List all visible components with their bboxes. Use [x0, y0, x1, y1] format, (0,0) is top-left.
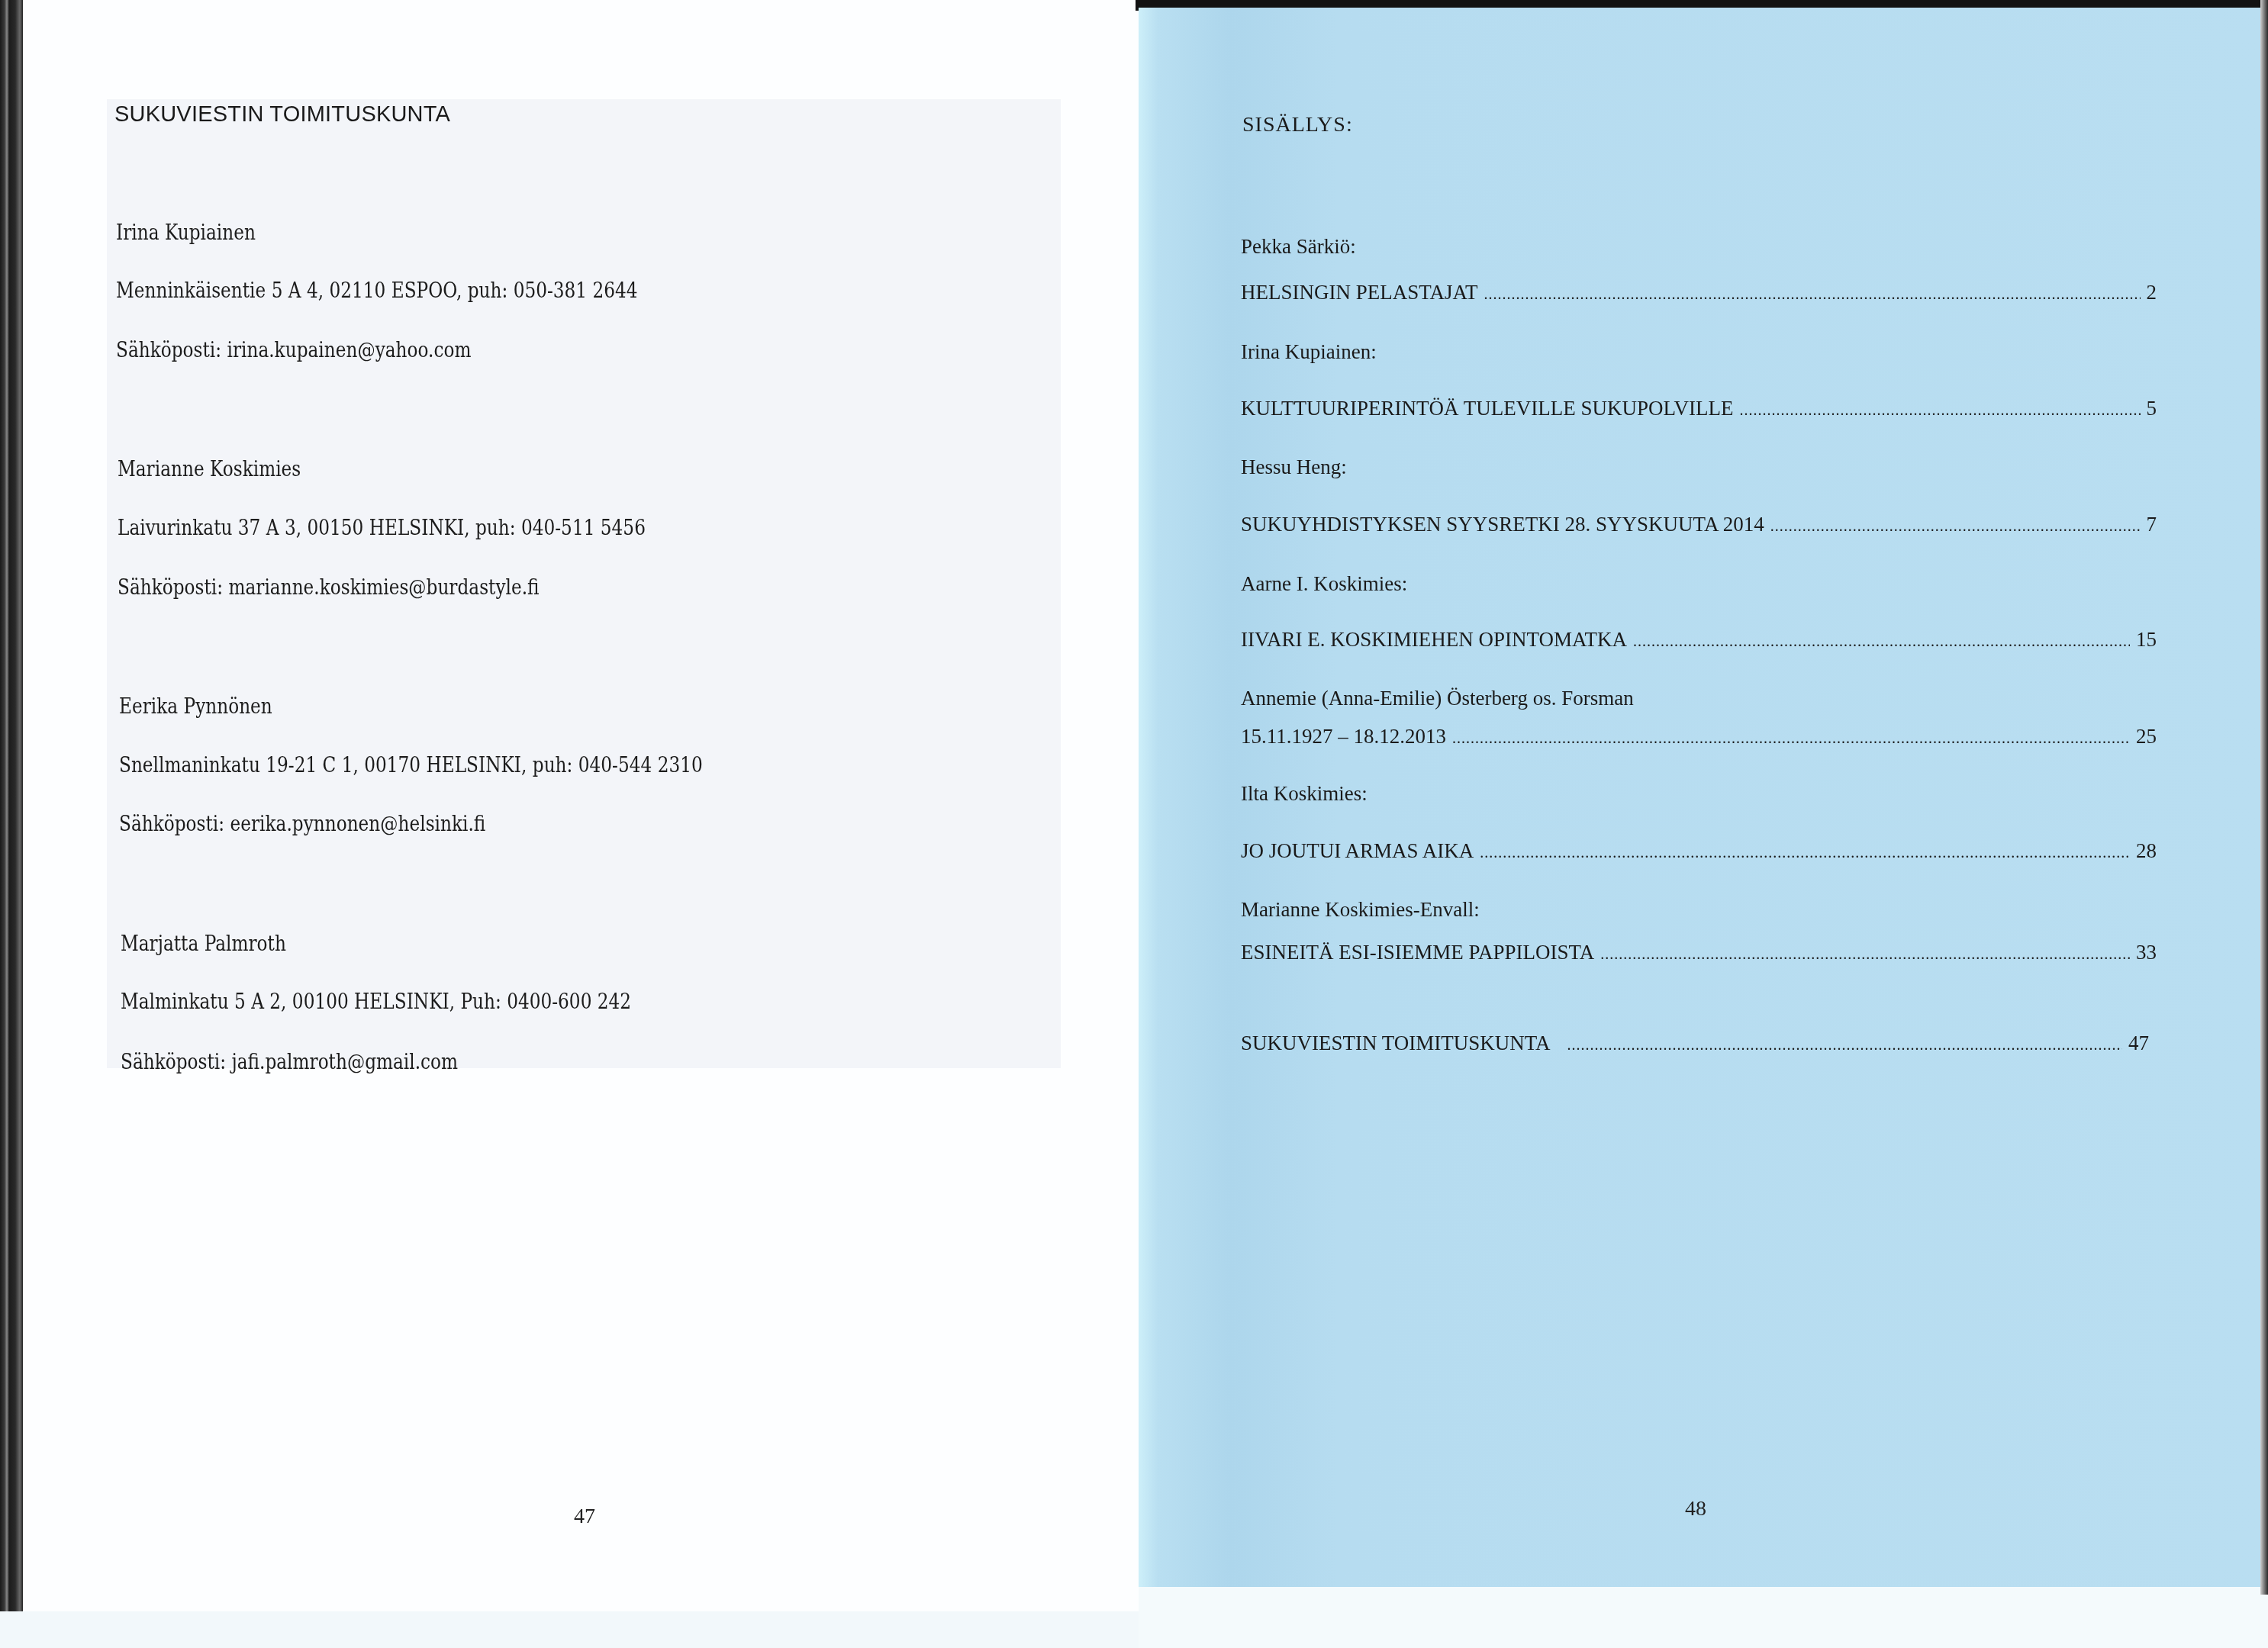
toc-author: Pekka Särkiö: — [1241, 235, 1356, 259]
toc-entry[interactable]: SUKUYHDISTYKSEN SYYSRETKI 28. SYYSKUUTA … — [1241, 513, 2157, 536]
toc-author: Irina Kupiainen: — [1241, 340, 1377, 364]
contact-email: Sähköposti: irina.kupainen@yahoo.com — [116, 339, 471, 362]
editorial-board-title: SUKUVIESTIN TOIMITUSKUNTA — [114, 102, 450, 127]
right-page-edge — [2260, 0, 2268, 1595]
toc-leader-dots — [1452, 730, 2130, 748]
toc-author: Aarne I. Koskimies: — [1241, 572, 1407, 596]
toc-author: Hessu Heng: — [1241, 455, 1347, 479]
toc-title: JO JOUTUI ARMAS AIKA — [1241, 839, 1474, 863]
toc-page-number: 28 — [2136, 839, 2157, 863]
toc-leader-dots — [1770, 518, 2141, 536]
contact-address: Malminkatu 5 A 2, 00100 HELSINKI, Puh: 0… — [121, 990, 631, 1014]
toc-leader-dots — [1633, 633, 2130, 651]
toc-leader-dots — [1484, 286, 2141, 304]
toc-leader-dots — [1480, 845, 2130, 862]
toc-page-number: 25 — [2136, 725, 2157, 748]
contact-name: Marianne Koskimies — [118, 458, 301, 481]
toc-leader-dots — [1567, 1037, 2122, 1054]
toc-title: SUKUYHDISTYKSEN SYYSRETKI 28. SYYSKUUTA … — [1241, 513, 1764, 536]
toc-page-number: 33 — [2136, 941, 2157, 964]
contents-heading: SISÄLLYS: — [1242, 113, 1353, 137]
contact-address: Snellmaninkatu 19-21 C 1, 00170 HELSINKI… — [119, 754, 703, 777]
toc-title: KULTTUURIPERINTÖÄ TULEVILLE SUKUPOLVILLE — [1241, 397, 1733, 420]
toc-leader-dots — [1600, 946, 2130, 964]
toc-entry[interactable]: HELSINGIN PELASTAJAT 2 — [1241, 281, 2157, 304]
toc-page-number: 47 — [2128, 1032, 2149, 1055]
contact-email: Sähköposti: jafi.palmroth@gmail.com — [121, 1051, 458, 1074]
toc-page-number: 5 — [2147, 397, 2157, 420]
contact-name: Marjatta Palmroth — [121, 932, 286, 956]
toc-page-number: 2 — [2147, 281, 2157, 304]
toc-author: Annemie (Anna-Emilie) Österberg os. Fors… — [1241, 687, 1634, 710]
toc-entry[interactable]: JO JOUTUI ARMAS AIKA 28 — [1241, 839, 2157, 863]
toc-entry[interactable]: SUKUVIESTIN TOIMITUSKUNTA 47 — [1241, 1032, 2149, 1055]
toc-entry[interactable]: KULTTUURIPERINTÖÄ TULEVILLE SUKUPOLVILLE… — [1241, 397, 2157, 420]
scan-background — [0, 1611, 1139, 1648]
toc-title: 15.11.1927 – 18.12.2013 — [1241, 725, 1446, 748]
page-number-left: 47 — [574, 1505, 595, 1529]
contact-address: Laivurinkatu 37 A 3, 00150 HELSINKI, puh… — [118, 517, 646, 540]
toc-author: Ilta Koskimies: — [1241, 782, 1368, 806]
toc-page-number: 7 — [2147, 513, 2157, 536]
toc-title: IIVARI E. KOSKIMIEHEN OPINTOMATKA — [1241, 628, 1627, 652]
toc-title: SUKUVIESTIN TOIMITUSKUNTA — [1241, 1032, 1551, 1055]
toc-title: ESINEITÄ ESI-ISIEMME PAPPILOISTA — [1241, 941, 1594, 964]
toc-entry[interactable]: IIVARI E. KOSKIMIEHEN OPINTOMATKA 15 — [1241, 628, 2157, 652]
contact-email: Sähköposti: marianne.koskimies@burdastyl… — [118, 576, 540, 600]
contact-address: Menninkäisentie 5 A 4, 02110 ESPOO, puh:… — [116, 279, 638, 303]
toc-entry[interactable]: 15.11.1927 – 18.12.2013 25 — [1241, 725, 2157, 748]
toc-page-number: 15 — [2136, 628, 2157, 652]
toc-entry[interactable]: ESINEITÄ ESI-ISIEMME PAPPILOISTA 33 — [1241, 941, 2157, 964]
scan-background-right — [1139, 1587, 2268, 1648]
contact-email: Sähköposti: eerika.pynnonen@helsinki.fi — [119, 813, 485, 836]
contact-name: Irina Kupiainen — [116, 221, 256, 245]
toc-author: Marianne Koskimies-Envall: — [1241, 898, 1480, 922]
toc-title: HELSINGIN PELASTAJAT — [1241, 281, 1478, 304]
toc-leader-dots — [1739, 402, 2140, 420]
contact-name: Eerika Pynnönen — [119, 695, 272, 719]
page-number-right: 48 — [1685, 1497, 1706, 1521]
book-spine-edge — [0, 0, 23, 1611]
